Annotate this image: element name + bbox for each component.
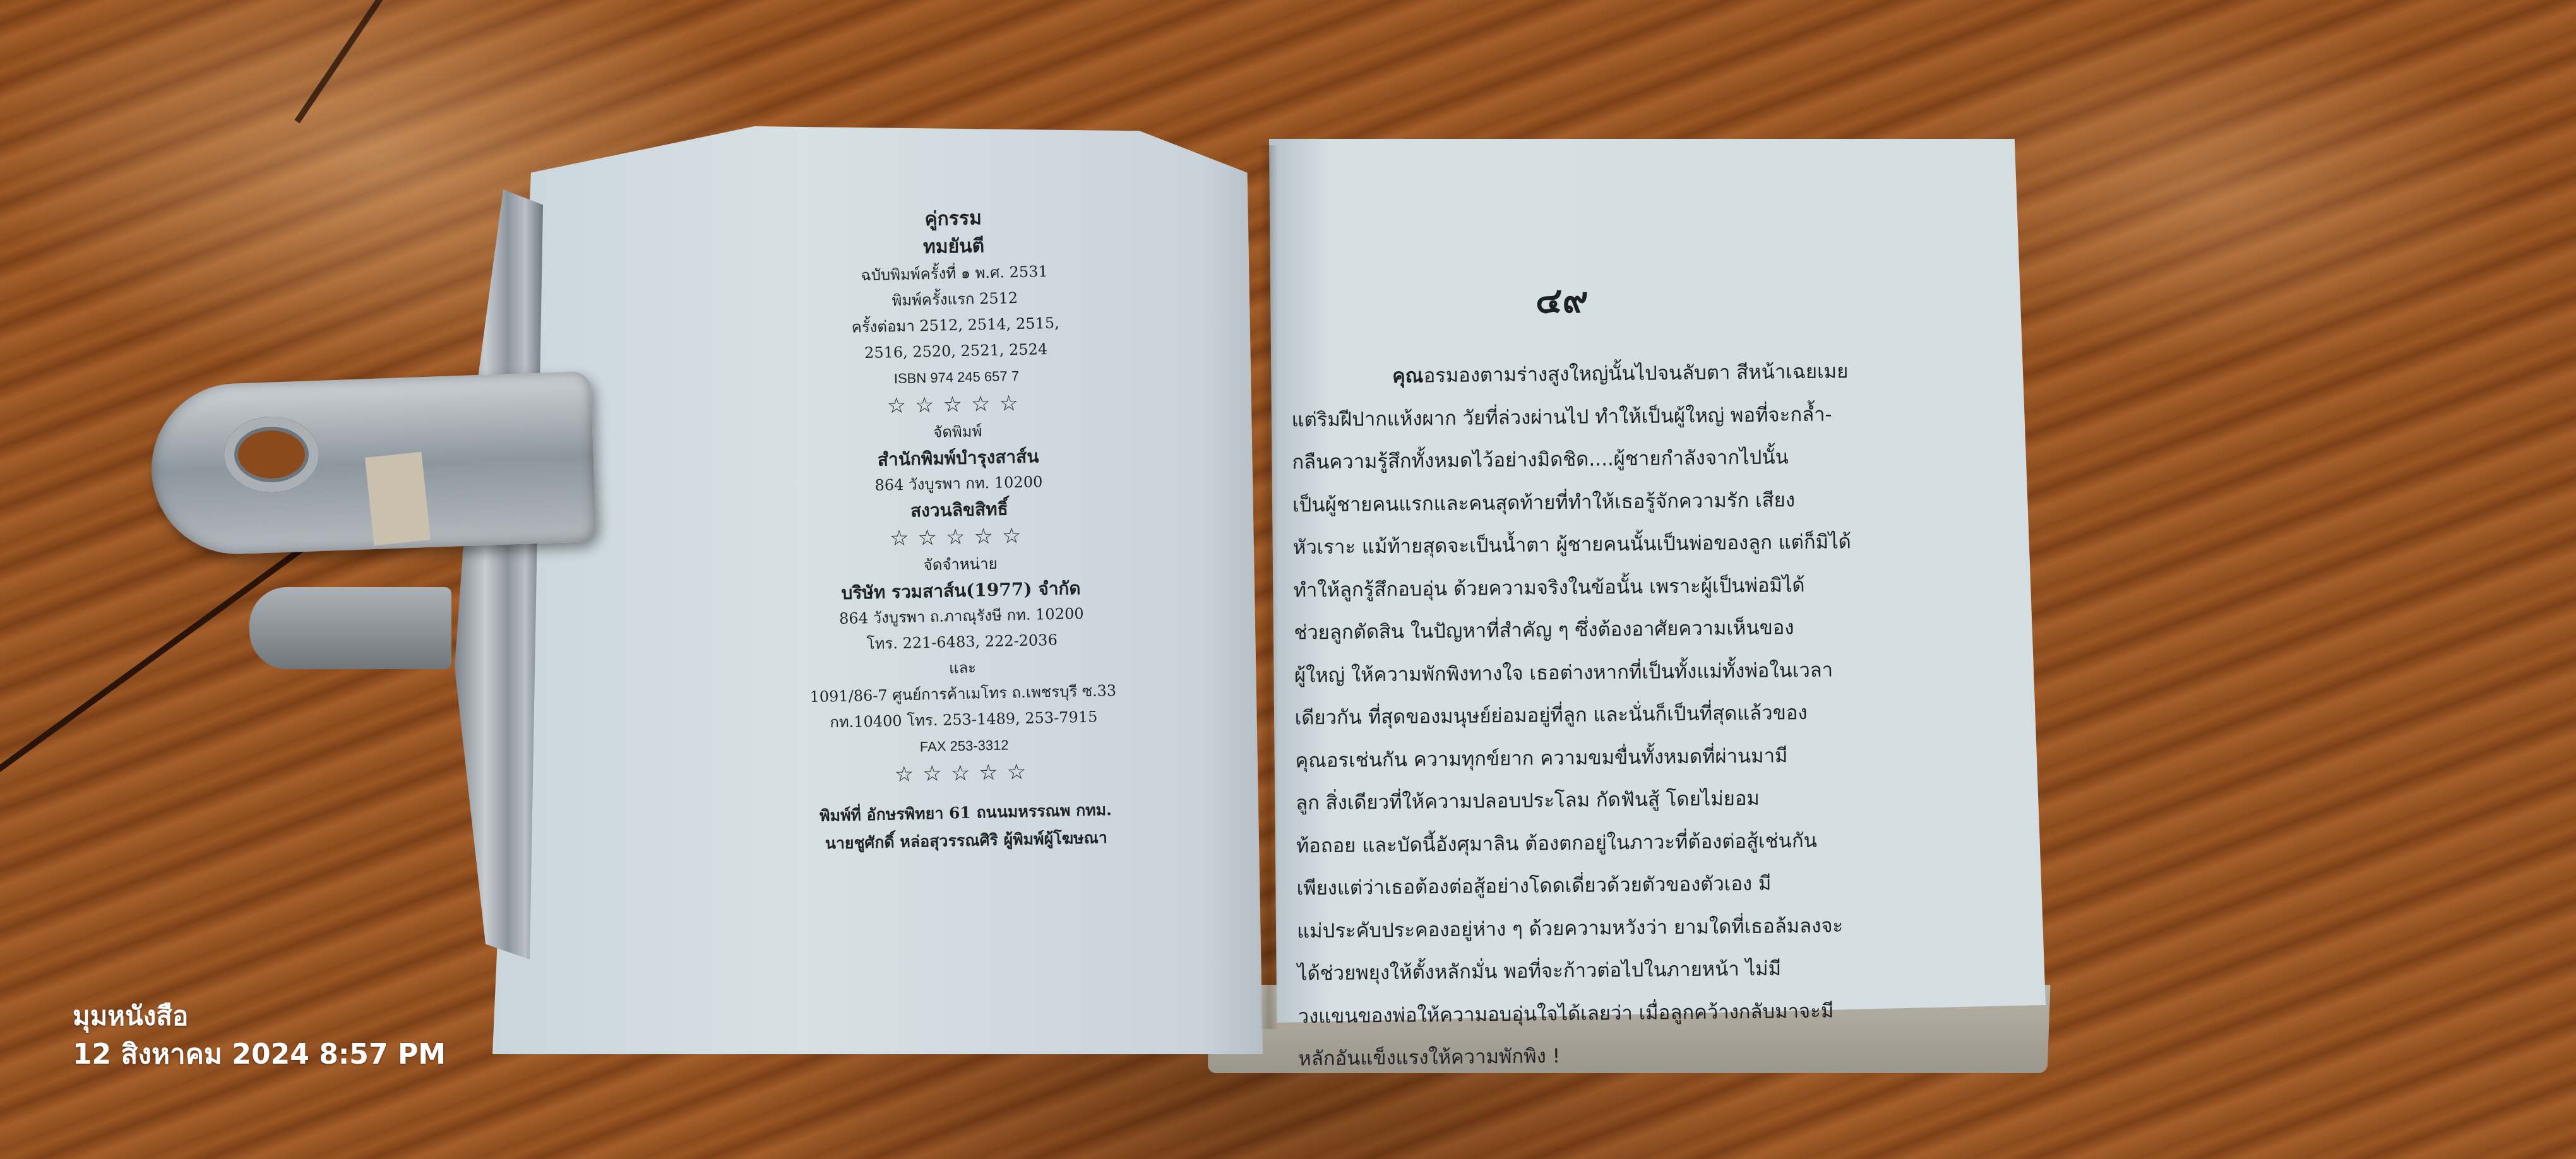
watermark-timestamp: 12 สิงหาคม 2024 8:57 PM bbox=[73, 1035, 446, 1074]
paragraph-line: แม่ประคับประคองอยู่ห่าง ๆ ด้วยความหวังว่… bbox=[1297, 903, 1967, 953]
paragraph-line: ท้อถอย และบัดนี้อังศุมาลิน ต้องตกอยู่ในภ… bbox=[1296, 818, 1965, 868]
paragraph-line: วงแขนของพ่อให้ความอบอุ่นใจได้เลยว่า เมื่… bbox=[1297, 989, 1967, 1038]
clip-tape-patch bbox=[365, 452, 431, 546]
clip-hang-hole bbox=[224, 417, 319, 492]
chapter-page: ๔๙ คุณอรมองตามร่างสูงใหญ่นั้นไปจนลับตา ส… bbox=[1290, 268, 1967, 1081]
chapter-body: คุณอรมองตามร่างสูงใหญ่นั้นไปจนลับตา สีหน… bbox=[1291, 349, 1968, 1081]
paragraph-line: คุณอรเช่นกัน ความทุกข์ยาก ความขมขื่นทั้ง… bbox=[1295, 733, 1965, 783]
paragraph-line: แต่ริมฝีปากแห้งผาก วัยที่ล่วงผ่านไป ทำให… bbox=[1291, 392, 1961, 442]
paragraph-line: ช่วยลูกตัดสิน ในปัญหาที่สำคัญ ๆ ซึ่งต้อง… bbox=[1294, 605, 1964, 655]
imprint-page: คู่กรรม ทมยันตี ฉบับพิมพ์ครั้งที่ ๑ พ.ศ.… bbox=[738, 201, 1181, 859]
paragraph-line: กลืนความรู้สึกทั้งหมดไว้อย่างมิดชิด....ผ… bbox=[1292, 434, 1962, 484]
paragraph-line: เป็นผู้ชายคนแรกและคนสุดท้ายที่ทำให้เธอรู… bbox=[1292, 477, 1962, 527]
watermark-caption: มุมหนังสือ bbox=[73, 997, 446, 1035]
paragraph-line: ลูก สิ่งเดียวที่ให้ความปลอบประโลม กัดฟัน… bbox=[1296, 775, 1965, 825]
paragraph-line: คุณอรมองตามร่างสูงใหญ่นั้นไปจนลับตา สีหน… bbox=[1291, 349, 1961, 399]
paragraph-line: เพียงแต่ว่าเธอต้องต่อสู้อย่างโดดเดี่ยวด้… bbox=[1296, 860, 1966, 910]
chapter-number: ๔๙ bbox=[1164, 268, 1960, 332]
paragraph-line: ทำให้ลูกรู้สึกอบอุ่น ด้วยความจริงในข้อนั… bbox=[1293, 562, 1963, 612]
paragraph-line: หัวเราะ แม้ท้ายสุดจะเป็นน้ำตา ผู้ชายคนนั… bbox=[1293, 520, 1963, 569]
lead-word: คุณ bbox=[1392, 364, 1424, 388]
paragraph-line: เดียวกัน ที่สุดของมนุษย์ย่อมอยู่ที่ลูก แ… bbox=[1294, 690, 1964, 740]
paragraph-line: ได้ช่วยพยุงให้ตั้งหลักมั่น พอที่จะก้าวต่… bbox=[1297, 946, 1967, 996]
clip-spring bbox=[249, 587, 451, 669]
paragraph-line: หลักอันแข็งแรงให้ความพักพิง ! bbox=[1298, 1031, 1968, 1081]
paragraph-line: ผู้ใหญ่ ให้ความพักพิงทางใจ เธอต่างหากที่… bbox=[1294, 648, 1964, 698]
photo-watermark: มุมหนังสือ 12 สิงหาคม 2024 8:57 PM bbox=[73, 997, 446, 1074]
